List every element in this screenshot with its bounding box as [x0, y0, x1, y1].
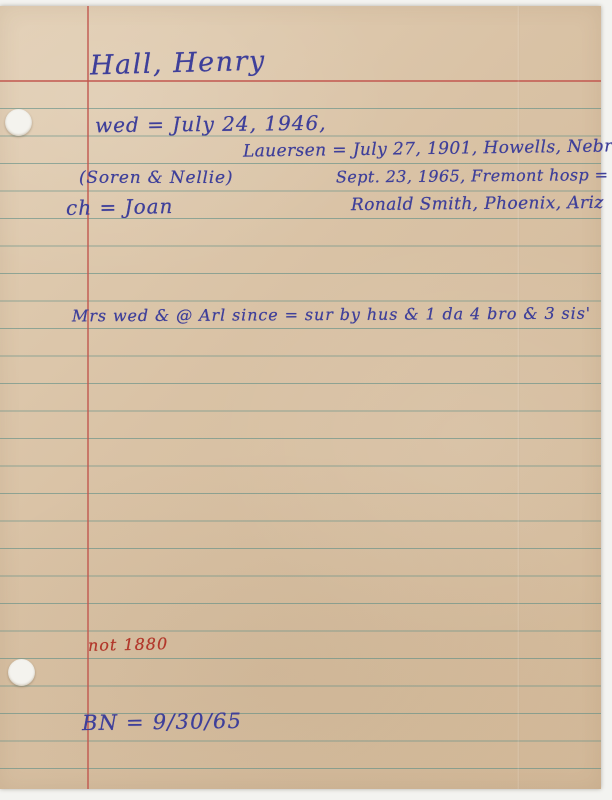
children-line: ch = Joan	[66, 194, 174, 220]
death-date-line: Sept. 23, 1965, Fremont hosp = Fremont	[336, 164, 612, 186]
hole-punch-bottom	[8, 659, 35, 686]
scan-background: Hall, Henry wed = July 24, 1946, Lauerse…	[0, 0, 612, 800]
obituary-summary-line: Mrs wed & @ Arl since = sur by hus & 1 d…	[72, 304, 591, 326]
left-margin-rule	[87, 6, 89, 789]
name-heading: Hall, Henry	[90, 46, 266, 82]
notebook-page: Hall, Henry wed = July 24, 1946, Lauerse…	[0, 6, 601, 789]
hole-punch-top	[5, 109, 32, 136]
wedding-date-line: wed = July 24, 1946,	[95, 111, 327, 137]
parents-line: (Soren & Nellie)	[79, 168, 233, 188]
record-date-line: BN = 9/30/65	[82, 709, 242, 735]
informant-line: Ronald Smith, Phoenix, Ariz	[351, 193, 604, 215]
red-ink-note: not 1880	[88, 634, 169, 655]
